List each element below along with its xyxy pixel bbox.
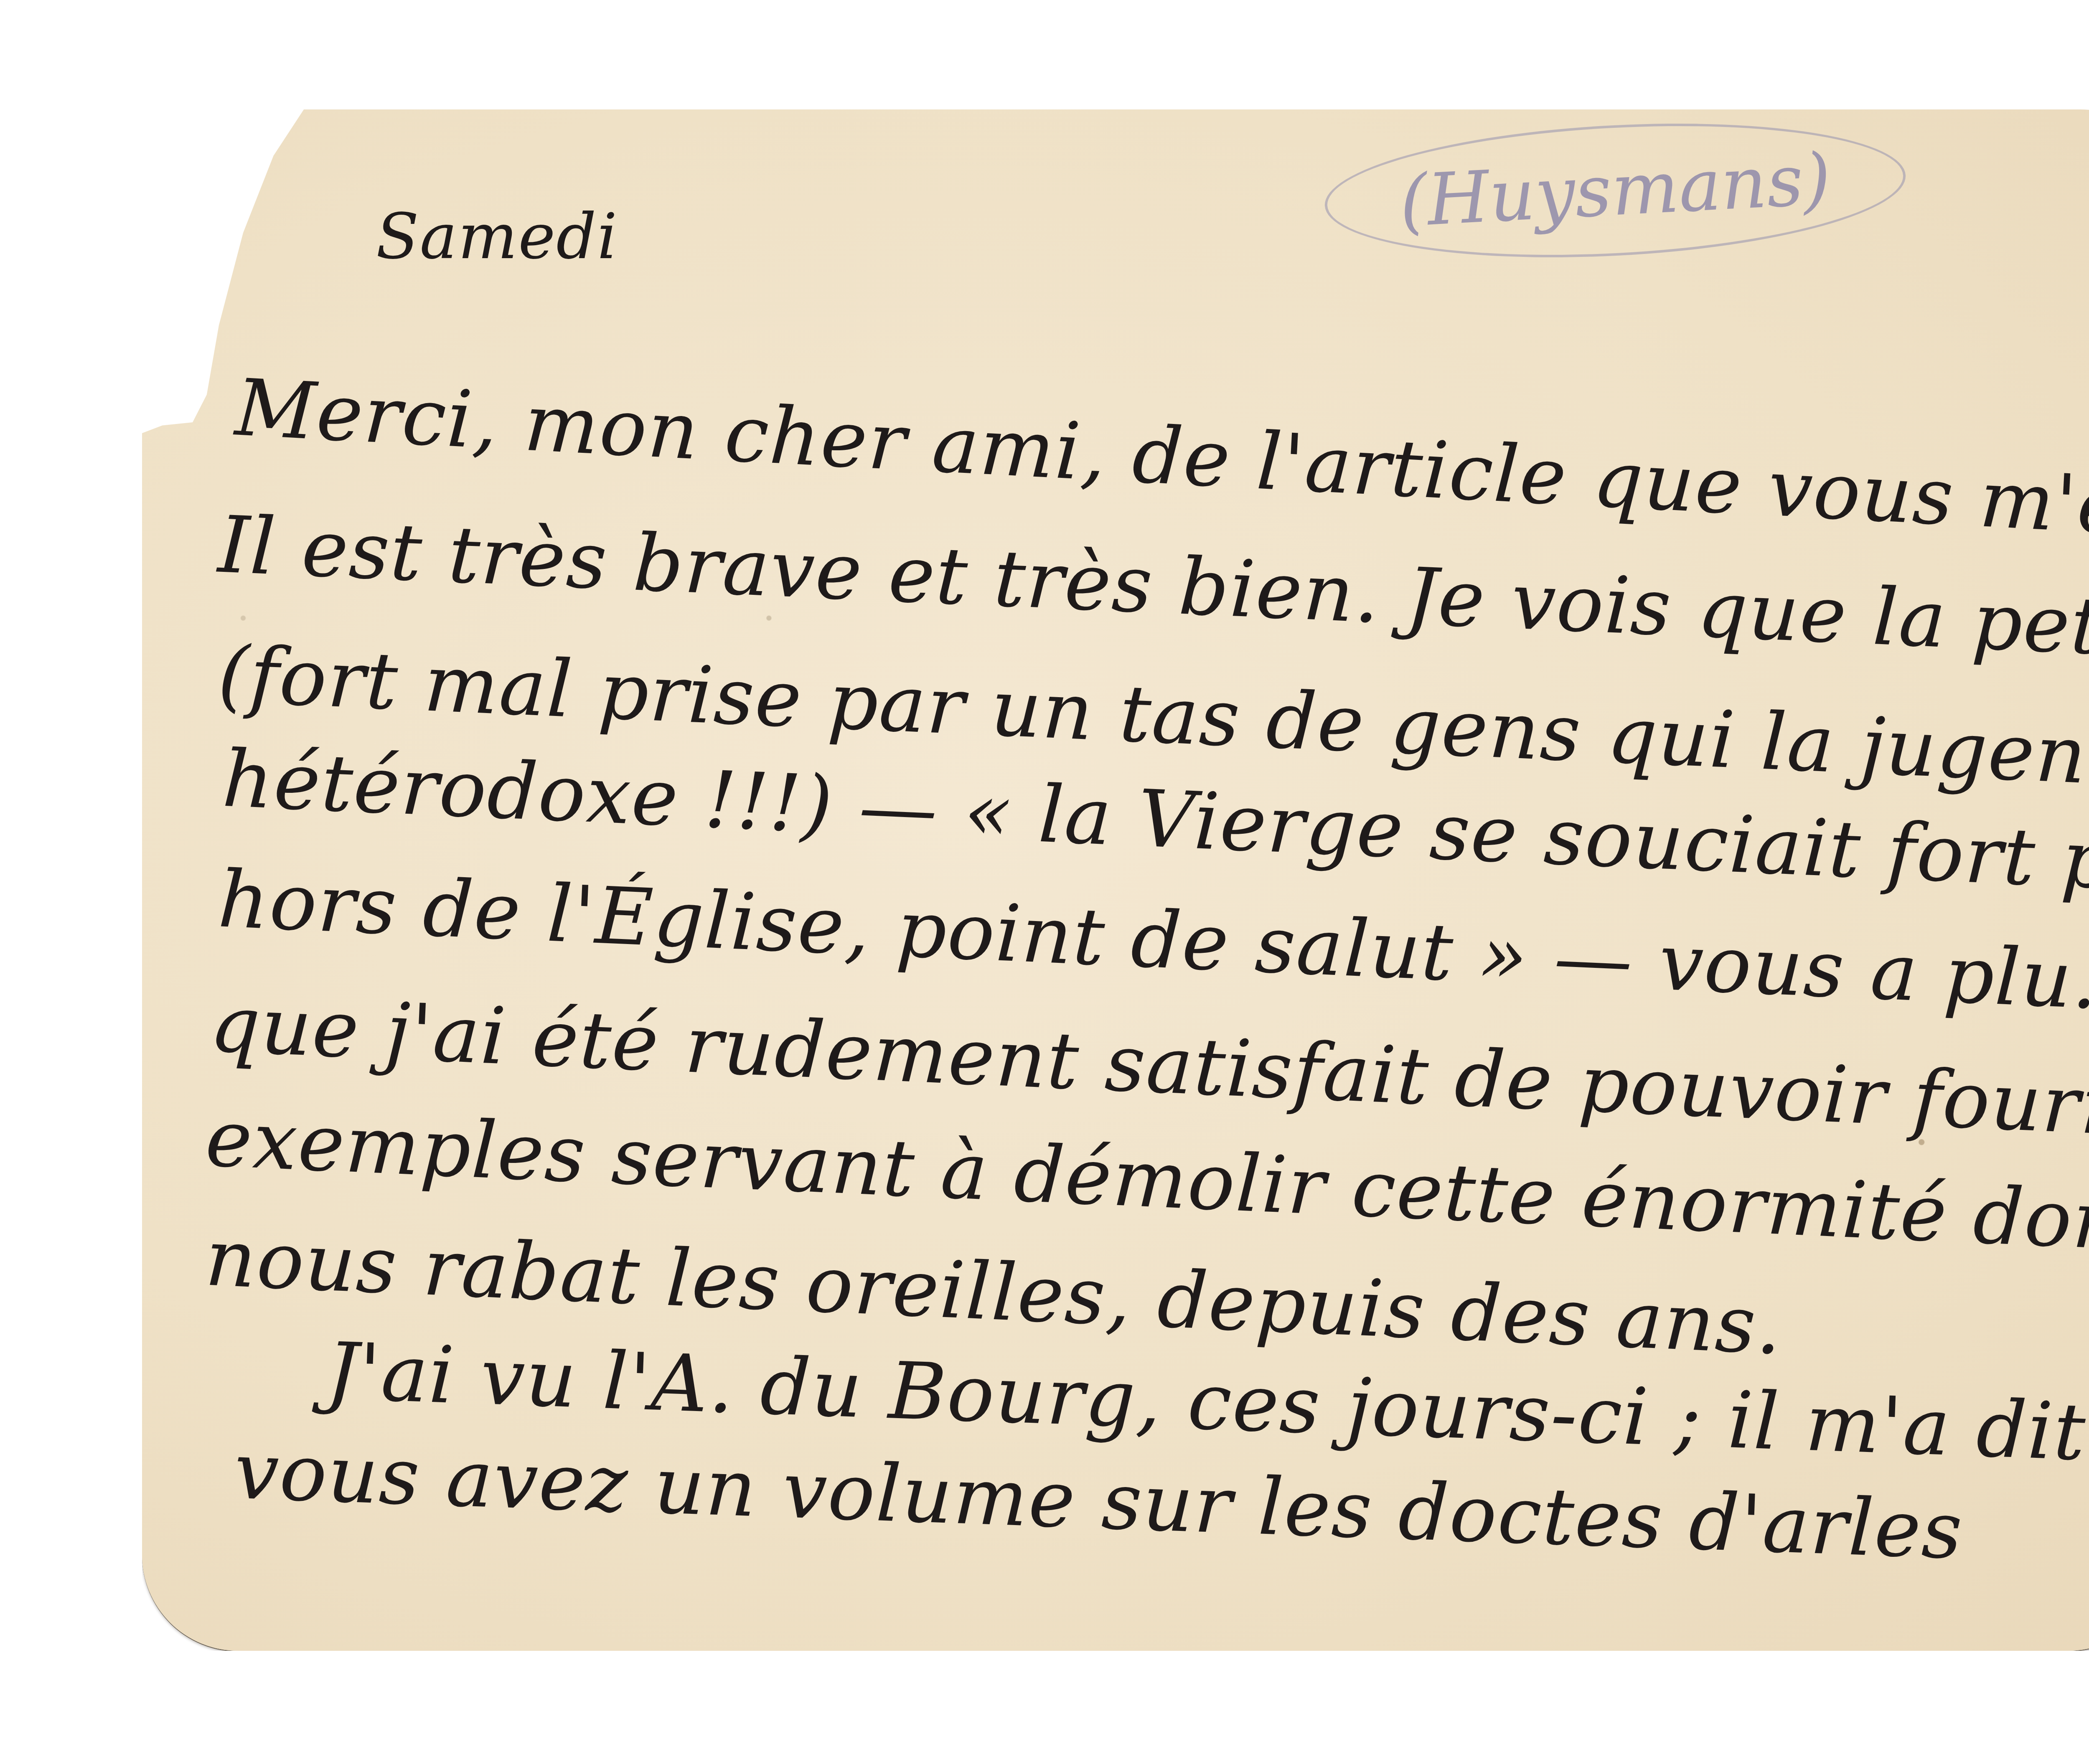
letter-date: Samedi: [376, 201, 618, 273]
